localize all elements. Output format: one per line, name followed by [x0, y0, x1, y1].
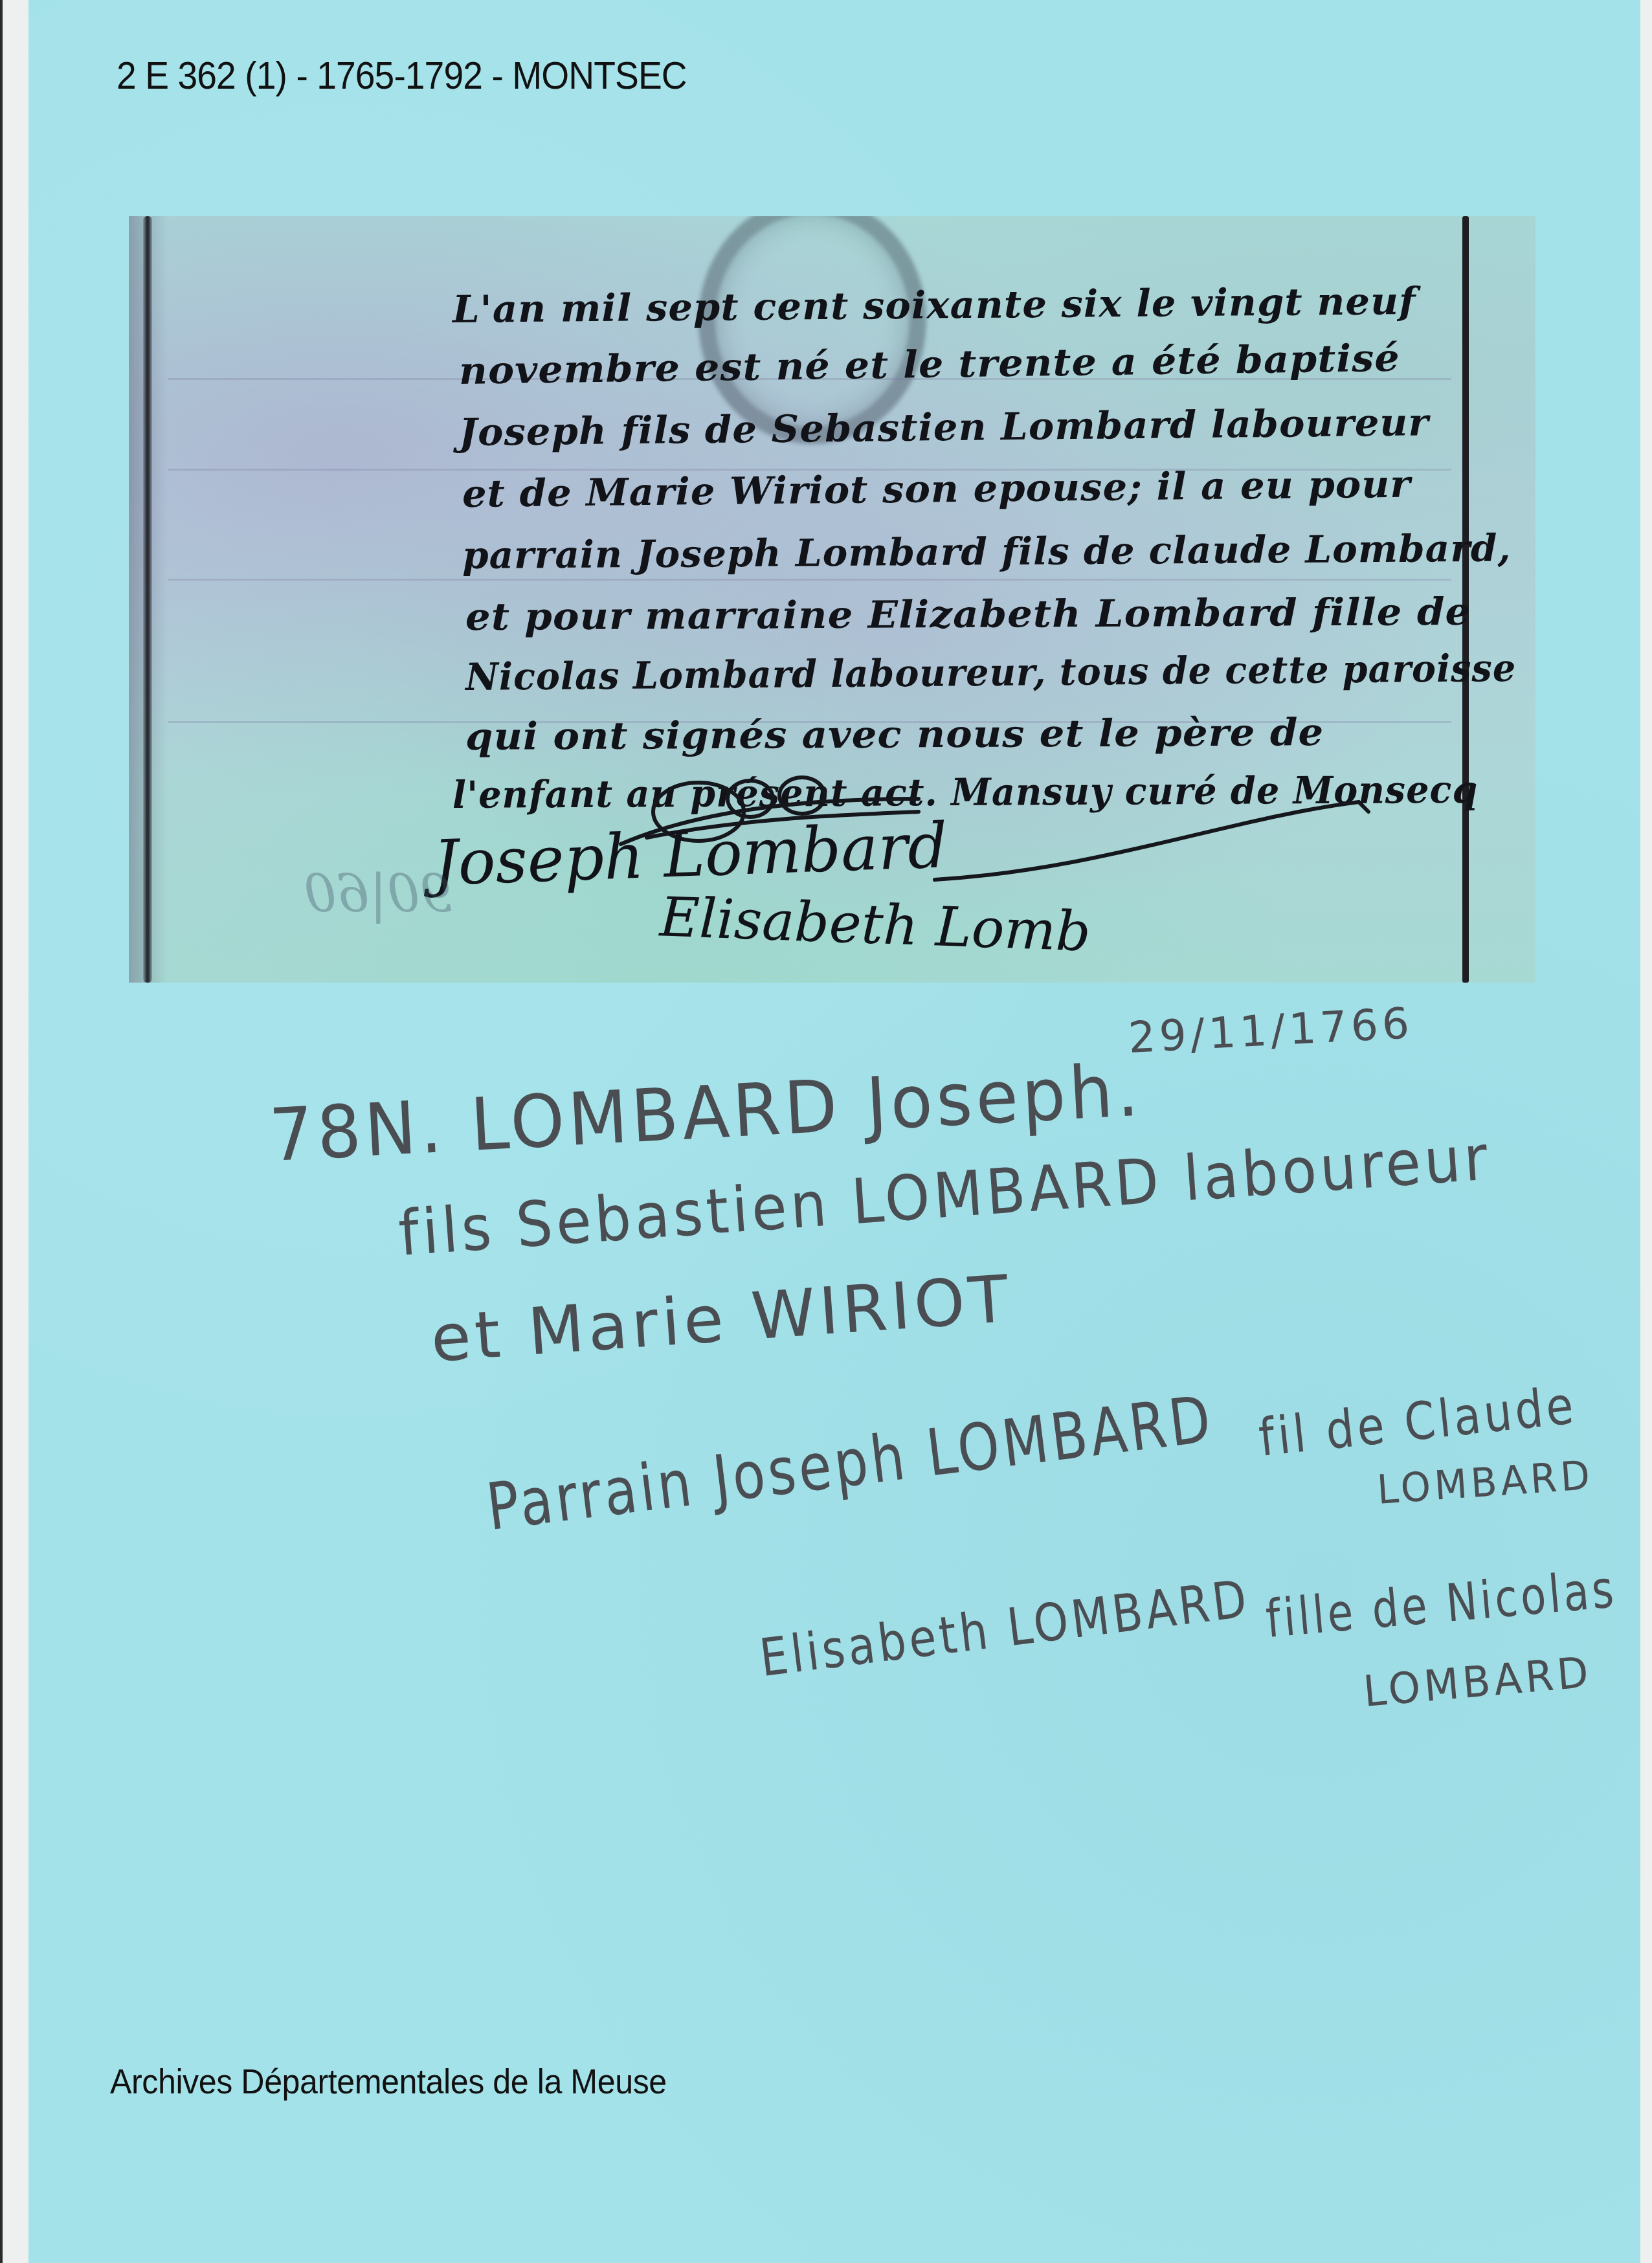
scan-right-margin — [1640, 0, 1652, 2263]
manuscript-line: L'an mil sept cent soixante six le vingt… — [452, 279, 1416, 331]
archive-reference-header: 2 E 362 (1) - 1765-1792 - MONTSEC — [117, 53, 687, 98]
scan-edge-line — [0, 0, 3, 2263]
manuscript-line: qui ont signés avec nous et le père de — [465, 710, 1324, 759]
manuscript-line: et de Marie Wiriot son epouse; il a eu p… — [462, 462, 1411, 516]
manuscript-line: Nicolas Lombard laboureur, tous de cette… — [465, 646, 1517, 699]
manuscript-line: novembre est né et le trente a été bapti… — [459, 336, 1401, 393]
bleed-through-marking: 90|60 — [304, 864, 453, 924]
manuscript-photocopy: L'an mil sept cent soixante six le vingt… — [129, 216, 1535, 983]
archive-organization-footer: Archives Départementales de la Meuse — [110, 2062, 667, 2102]
signature-godmother: Elisabeth Lomb — [658, 885, 1091, 963]
ruled-line — [168, 579, 1451, 581]
manuscript-line: et pour marraine Elizabeth Lombard fille… — [465, 590, 1471, 639]
manuscript-line: parrain Joseph Lombard fils de claude Lo… — [462, 526, 1512, 577]
manuscript-line: Joseph fils de Sebastien Lombard laboure… — [459, 400, 1429, 454]
margin-rule-left — [143, 216, 152, 983]
